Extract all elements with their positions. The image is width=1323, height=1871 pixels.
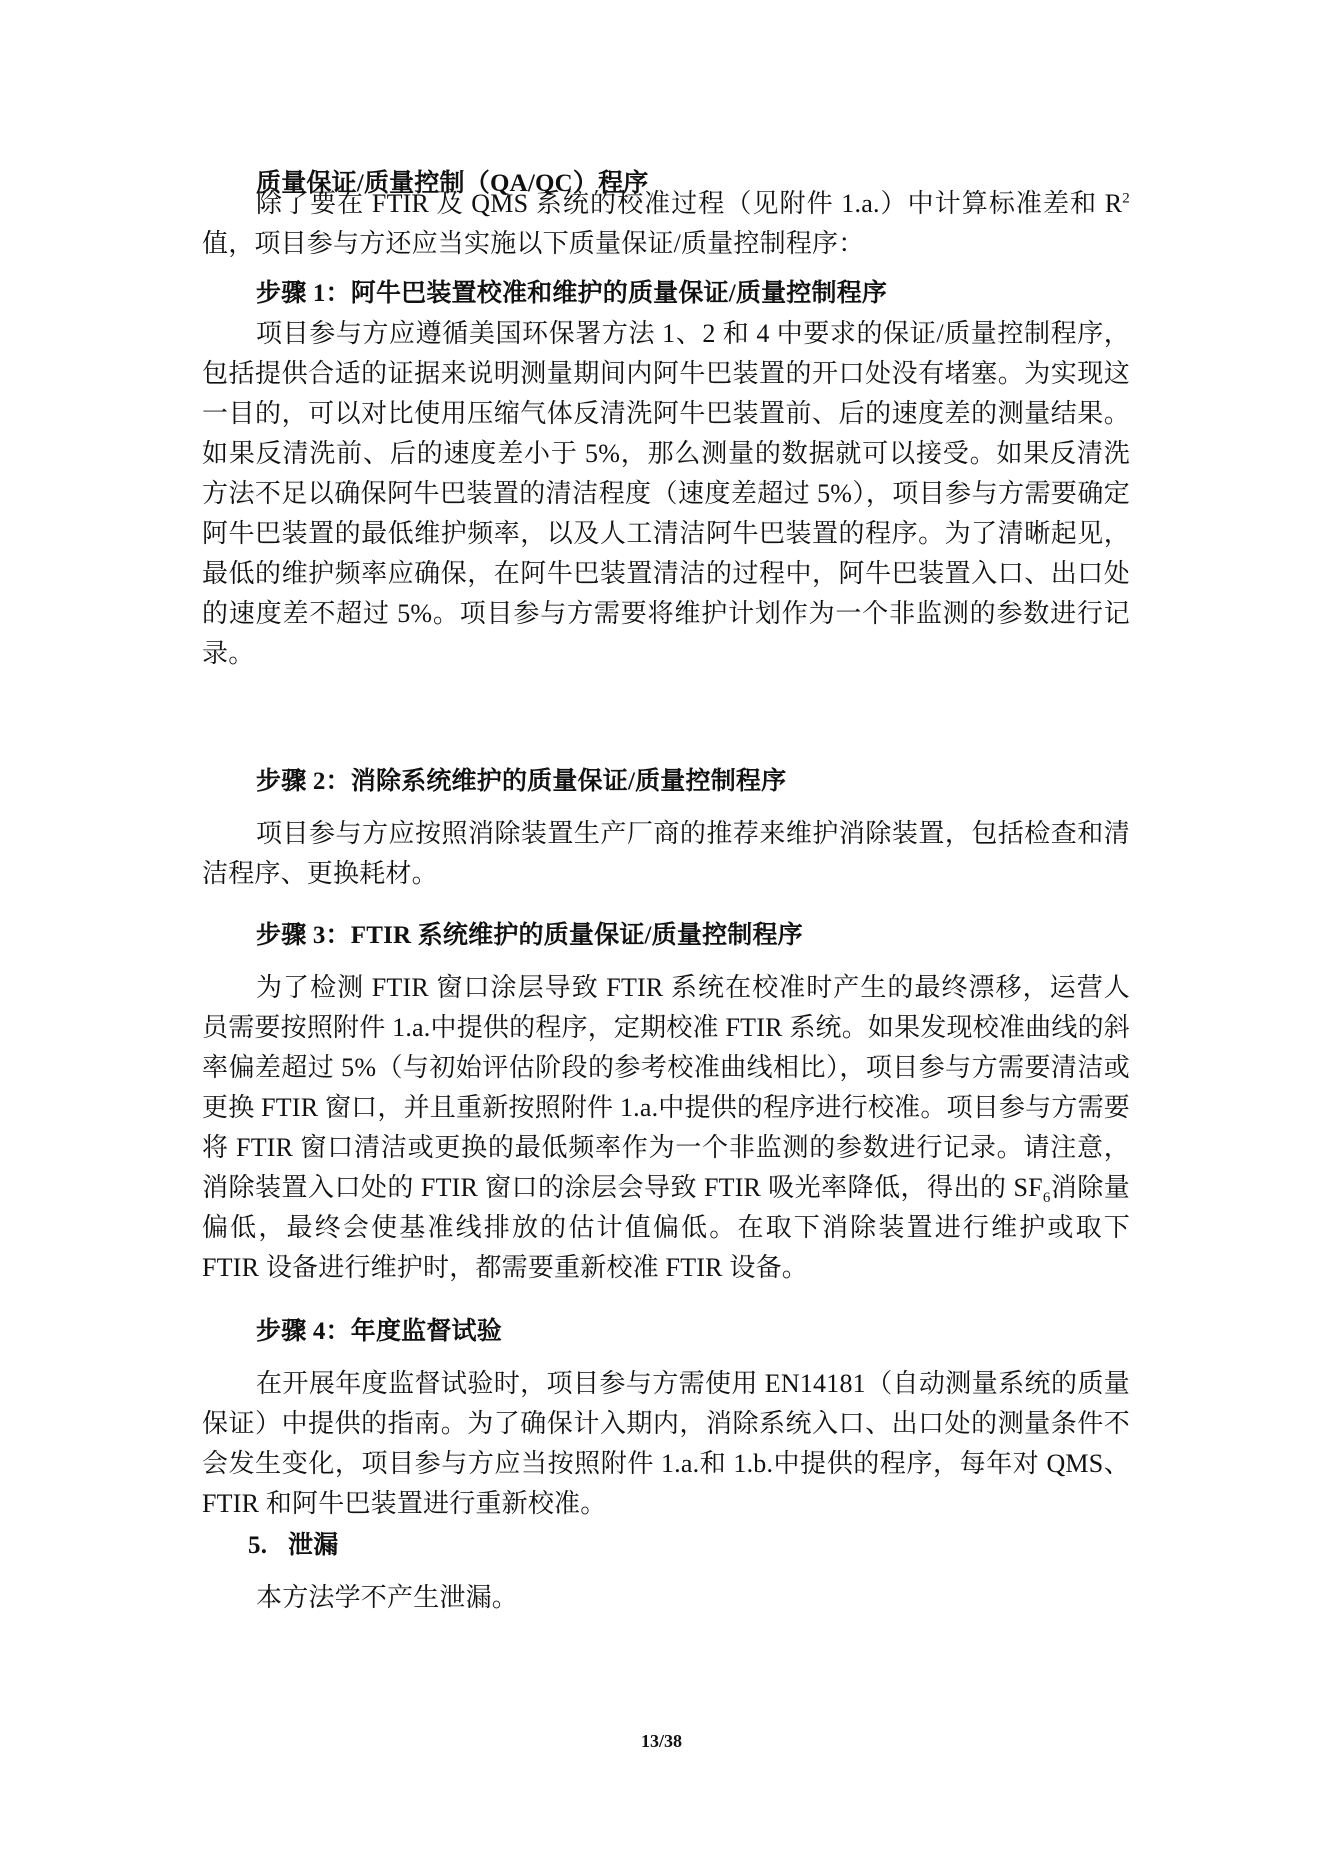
step-2-heading: 步骤 2：消除系统维护的质量保证/质量控制程序 (202, 764, 1184, 800)
intro-text-continued: 值，项目参与方还应当实施以下质量保证/质量控制程序： (202, 229, 864, 258)
section-5-heading: 5.泄漏 (202, 1528, 1176, 1564)
page-number: 13/38 (0, 1730, 1323, 1752)
intro-paragraph: 除了要在 FTIR 及 QMS 系统的校准过程（见附件 1.a.）中计算标准差和… (202, 184, 1130, 264)
step-4-heading: 步骤 4：年度监督试验 (202, 1314, 1184, 1350)
section-5-title: 泄漏 (288, 1532, 338, 1559)
section-5-number: 5. (248, 1528, 288, 1564)
superscript-2: 2 (1122, 190, 1130, 206)
step-4-paragraph: 在开展年度监督试验时，项目参与方需使用 EN14181（自动测量系统的质量保证）… (202, 1364, 1130, 1524)
step-3-paragraph: 为了检测 FTIR 窗口涂层导致 FTIR 系统在校准时产生的最终漂移，运营人员… (202, 968, 1130, 1288)
step-3-text: 为了检测 FTIR 窗口涂层导致 FTIR 系统在校准时产生的最终漂移，运营人员… (202, 973, 1130, 1202)
intro-text: 除了要在 FTIR 及 QMS 系统的校准过程（见附件 1.a.）中计算标准差和… (256, 189, 1122, 218)
step-2-paragraph: 项目参与方应按照消除装置生产厂商的推荐来维护消除装置，包括检查和清洁程序、更换耗… (202, 814, 1130, 894)
step-3-heading: 步骤 3：FTIR 系统维护的质量保证/质量控制程序 (202, 918, 1184, 954)
subscript-6: 6 (1043, 1190, 1051, 1206)
step-1-heading: 步骤 1：阿牛巴装置校准和维护的质量保证/质量控制程序 (202, 276, 1184, 312)
step-1-paragraph: 项目参与方应遵循美国环保署方法 1、2 和 4 中要求的保证/质量控制程序，包括… (202, 314, 1130, 674)
section-5-paragraph: 本方法学不产生泄漏。 (202, 1578, 1184, 1618)
